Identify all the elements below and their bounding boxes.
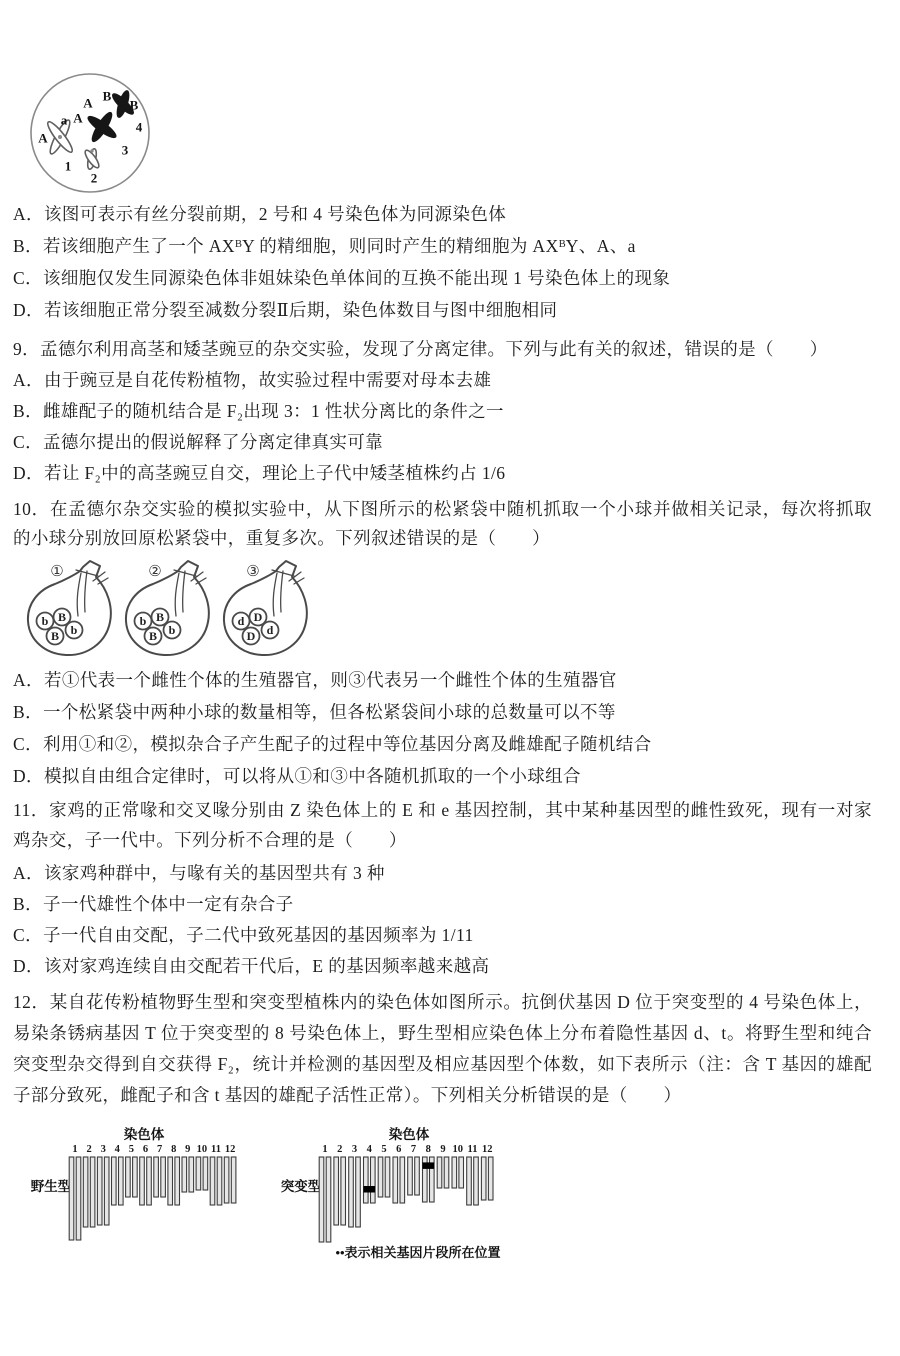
chromosome-number: 11 (468, 1144, 478, 1155)
q10-option-a: A．若①代表一个雌性个体的生殖器官，则③代表另一个雌性个体的生殖器官 (13, 664, 872, 696)
q12-stem-text: 12．某自花传粉植物野生型和突变型植株内的染色体如图所示。抗倒伏基因 D 位于突… (13, 987, 872, 1111)
chromosome-number: 7 (411, 1144, 416, 1155)
chromosome-number: 2 (86, 1144, 91, 1155)
chr2-number: 2 (91, 171, 98, 186)
karyotype-caption: ••表示相关基因片段所在位置 (335, 1245, 500, 1260)
gene-band-marker (364, 1186, 376, 1193)
chromosome-bar (488, 1157, 493, 1200)
chromosome-bar (356, 1157, 361, 1227)
chr3-label-A1: A (83, 96, 93, 111)
chromosome-bar (182, 1157, 187, 1192)
chromosome-number: 7 (157, 1144, 162, 1155)
ball-letter: B (58, 610, 66, 624)
chromosome-bar (349, 1157, 354, 1227)
karyotype-figure: 染色体 染色体 野生型 突变型 123456789101112 12345678… (14, 1124, 574, 1269)
q11-option-d: D．该对家鸡连续自由交配若干代后，E 的基因频率越来越高 (13, 951, 872, 982)
chromosome-bar (474, 1157, 479, 1205)
q9-option-a: A．由于豌豆是自花传粉植物，故实验过程中需要对母本去雄 (13, 365, 872, 396)
chromosome-number: 8 (426, 1144, 431, 1155)
chromosome-bar (481, 1157, 486, 1200)
chromosome-bar (112, 1157, 117, 1205)
chromosome-bar (189, 1157, 194, 1192)
chromosome-bar (76, 1157, 81, 1240)
chr1-number: 1 (65, 159, 72, 174)
chromosome-bar (378, 1157, 383, 1197)
chromosome-number: 3 (352, 1144, 357, 1155)
q11-option-b: B．子一代雄性个体中一定有杂合子 (13, 889, 872, 920)
chromosome-bar (203, 1157, 208, 1190)
ball-letter: b (71, 623, 78, 637)
chr4-number: 4 (136, 120, 143, 135)
chromosome-bar (452, 1157, 457, 1188)
ball-letter: d (267, 623, 274, 637)
bag-1-number: ① (50, 562, 63, 580)
chromosome-bar (217, 1157, 222, 1205)
chromosome-bar (408, 1157, 413, 1195)
chromosome-bar (154, 1157, 159, 1197)
chromosome-number: 1 (72, 1144, 77, 1155)
gene-band-marker (423, 1162, 435, 1169)
chromosome-bar (319, 1157, 324, 1242)
chromosome-bar (196, 1157, 201, 1190)
ball-letter: b (140, 614, 147, 628)
chr1-label-a: a (61, 113, 68, 128)
ball-letter: b (42, 614, 49, 628)
chromosome-bar (437, 1157, 442, 1188)
question-10-stem: 10．在孟德尔杂交实验的模拟实验中，从下图所示的松紧袋中随机抓取一个小球并做相关… (13, 495, 872, 553)
ball-letter: B (51, 629, 59, 643)
question-8-options: A．该图可表示有丝分裂前期，2 号和 4 号染色体为同源染色体 B．若该细胞产生… (13, 198, 872, 326)
chromosome-bar (69, 1157, 74, 1240)
chromosome-bar (97, 1157, 102, 1225)
chromosome-bar (147, 1157, 152, 1205)
q9-option-c: C．孟德尔提出的假说解释了分离定律真实可靠 (13, 427, 872, 458)
chromosome-bar (210, 1157, 215, 1205)
chromosome-bar (119, 1157, 124, 1205)
chromosome-bar (341, 1157, 346, 1225)
q10-option-b: B．一个松紧袋中两种小球的数量相等，但各松紧袋间小球的总数量可以不等 (13, 696, 872, 728)
bag-3: ③ d D D d (224, 561, 307, 655)
q10-option-c: C．利用①和②，模拟杂合子产生配子的过程中等位基因分离及雌雄配子随机结合 (13, 728, 872, 760)
q9-option-b: B．雌雄配子的随机结合是 F₂出现 3：1 性状分离比的条件之一 (13, 396, 872, 427)
question-9: 9．孟德尔利用高茎和矮茎豌豆的杂交实验，发现了分离定律。下列与此有关的叙述，错误… (13, 334, 872, 489)
chromosome-number: 4 (367, 1144, 373, 1155)
chr1-label-A: A (38, 131, 48, 146)
chromosome-3 (86, 110, 119, 144)
question-12-stem: 12．某自花传粉植物野生型和突变型植株内的染色体如图所示。抗倒伏基因 D 位于突… (13, 987, 872, 1111)
bag-3-number: ③ (246, 562, 259, 580)
wild-type-label: 野生型 (31, 1178, 72, 1194)
chromosome-bar (467, 1157, 472, 1205)
chr3-number: 3 (122, 143, 129, 158)
chromosome-number: 9 (440, 1144, 445, 1155)
chromosome-number: 6 (143, 1144, 148, 1155)
chromosome-bar (334, 1157, 339, 1225)
chromosome-number: 4 (115, 1144, 121, 1155)
ball-letter: D (247, 629, 256, 643)
question-11-stem: 11．家鸡的正常喙和交叉喙分别由 Z 染色体上的 E 和 e 基因控制，其中某种… (13, 795, 872, 855)
chromosome-bar (444, 1157, 449, 1188)
bags-figure: ① b B B b ② b B B b ③ (14, 556, 348, 666)
karyotype-title-wild: 染色体 (124, 1126, 165, 1142)
chromosome-number: 10 (197, 1144, 208, 1155)
chromosome-number: 1 (322, 1144, 327, 1155)
ball-letter: d (238, 614, 245, 628)
mutant-type-label: 突变型 (281, 1178, 322, 1194)
chromosome-bar (224, 1157, 229, 1203)
chromosome-bar (175, 1157, 180, 1205)
q8-option-d: D．若该细胞正常分裂至减数分裂Ⅱ后期，染色体数目与图中细胞相同 (13, 294, 872, 326)
chromosome-number: 2 (337, 1144, 342, 1155)
chromosome-2 (83, 148, 101, 170)
q10-stem-text: 10．在孟德尔杂交实验的模拟实验中，从下图所示的松紧袋中随机抓取一个小球并做相关… (13, 495, 872, 553)
karyotype-wild-group: 123456789101112 (69, 1144, 236, 1240)
q8-option-c: C．该细胞仅发生同源染色体非姐妹染色单体间的互换不能出现 1 号染色体上的现象 (13, 262, 872, 294)
chromosome-bar (393, 1157, 398, 1203)
chromosome-bar (385, 1157, 390, 1197)
chr4-label-B2: B (130, 98, 139, 113)
chromosome-bar (133, 1157, 138, 1197)
chromosome-bar (161, 1157, 166, 1197)
ball-letter: B (156, 610, 164, 624)
chromosome-number: 12 (482, 1144, 493, 1155)
chromosome-bar (168, 1157, 173, 1205)
chromosome-bar (83, 1157, 88, 1227)
bag-2: ② b B B b (126, 561, 209, 655)
chromosome-bar (140, 1157, 145, 1205)
ball-letter: B (149, 629, 157, 643)
q11-stem-text: 11．家鸡的正常喙和交叉喙分别由 Z 染色体上的 E 和 e 基因控制，其中某种… (13, 795, 872, 855)
cell-diagram-figure: A a 1 2 A A 3 B B 4 (14, 63, 184, 205)
chromosome-bar (104, 1157, 109, 1225)
question-10-options: A．若①代表一个雌性个体的生殖器官，则③代表另一个雌性个体的生殖器官 B．一个松… (13, 664, 872, 792)
q8-option-a: A．该图可表示有丝分裂前期，2 号和 4 号染色体为同源染色体 (13, 198, 872, 230)
bag-2-number: ② (148, 562, 161, 580)
chromosome-bar (90, 1157, 95, 1227)
chromosome-number: 10 (453, 1144, 464, 1155)
chromosome-number: 8 (171, 1144, 176, 1155)
q8-option-b: B．若该细胞产生了一个 AXᴮY 的精细胞，则同时产生的精细胞为 AXᴮY、A、… (13, 230, 872, 262)
chromosome-bar (371, 1157, 376, 1203)
question-11-options: A．该家鸡种群中，与喙有关的基因型共有 3 种 B．子一代雄性个体中一定有杂合子… (13, 858, 872, 982)
bag-1: ① b B B b (28, 561, 111, 655)
chromosome-bar (364, 1157, 369, 1203)
chromosome-number: 5 (381, 1144, 386, 1155)
q11-option-a: A．该家鸡种群中，与喙有关的基因型共有 3 种 (13, 858, 872, 889)
chromosome-number: 6 (396, 1144, 401, 1155)
chr4-label-B1: B (103, 89, 112, 104)
exam-page: A a 1 2 A A 3 B B 4 A．该图可表示有丝分裂前期，2 号和 4… (0, 0, 900, 1356)
chromosome-number: 3 (101, 1144, 106, 1155)
ball-letter: D (254, 610, 263, 624)
chromosome-bar (326, 1157, 331, 1242)
chromosome-bar (231, 1157, 236, 1203)
chromosome-bar (400, 1157, 405, 1203)
karyotype-mutant-group: 123456789101112 (319, 1144, 493, 1242)
karyotype-title-mutant: 染色体 (389, 1126, 430, 1142)
q9-option-d: D．若让 F₂中的高茎豌豆自交，理论上子代中矮茎植株约占 1/6 (13, 458, 872, 489)
chromosome-bar (459, 1157, 464, 1188)
ball-letter: b (169, 623, 176, 637)
q9-stem: 9．孟德尔利用高茎和矮茎豌豆的杂交实验，发现了分离定律。下列与此有关的叙述，错误… (13, 334, 872, 365)
q11-option-c: C．子一代自由交配，子二代中致死基因的基因频率为 1/11 (13, 920, 872, 951)
chromosome-number: 12 (225, 1144, 236, 1155)
q10-option-d: D．模拟自由组合定律时，可以将从①和③中各随机抓取的一个小球组合 (13, 760, 872, 792)
chr3-label-A2: A (73, 111, 83, 126)
chromosome-bar (415, 1157, 420, 1195)
chromosome-number: 9 (185, 1144, 190, 1155)
chromosome-number: 11 (211, 1144, 221, 1155)
chromosome-bar (126, 1157, 131, 1197)
chromosome-number: 5 (129, 1144, 134, 1155)
